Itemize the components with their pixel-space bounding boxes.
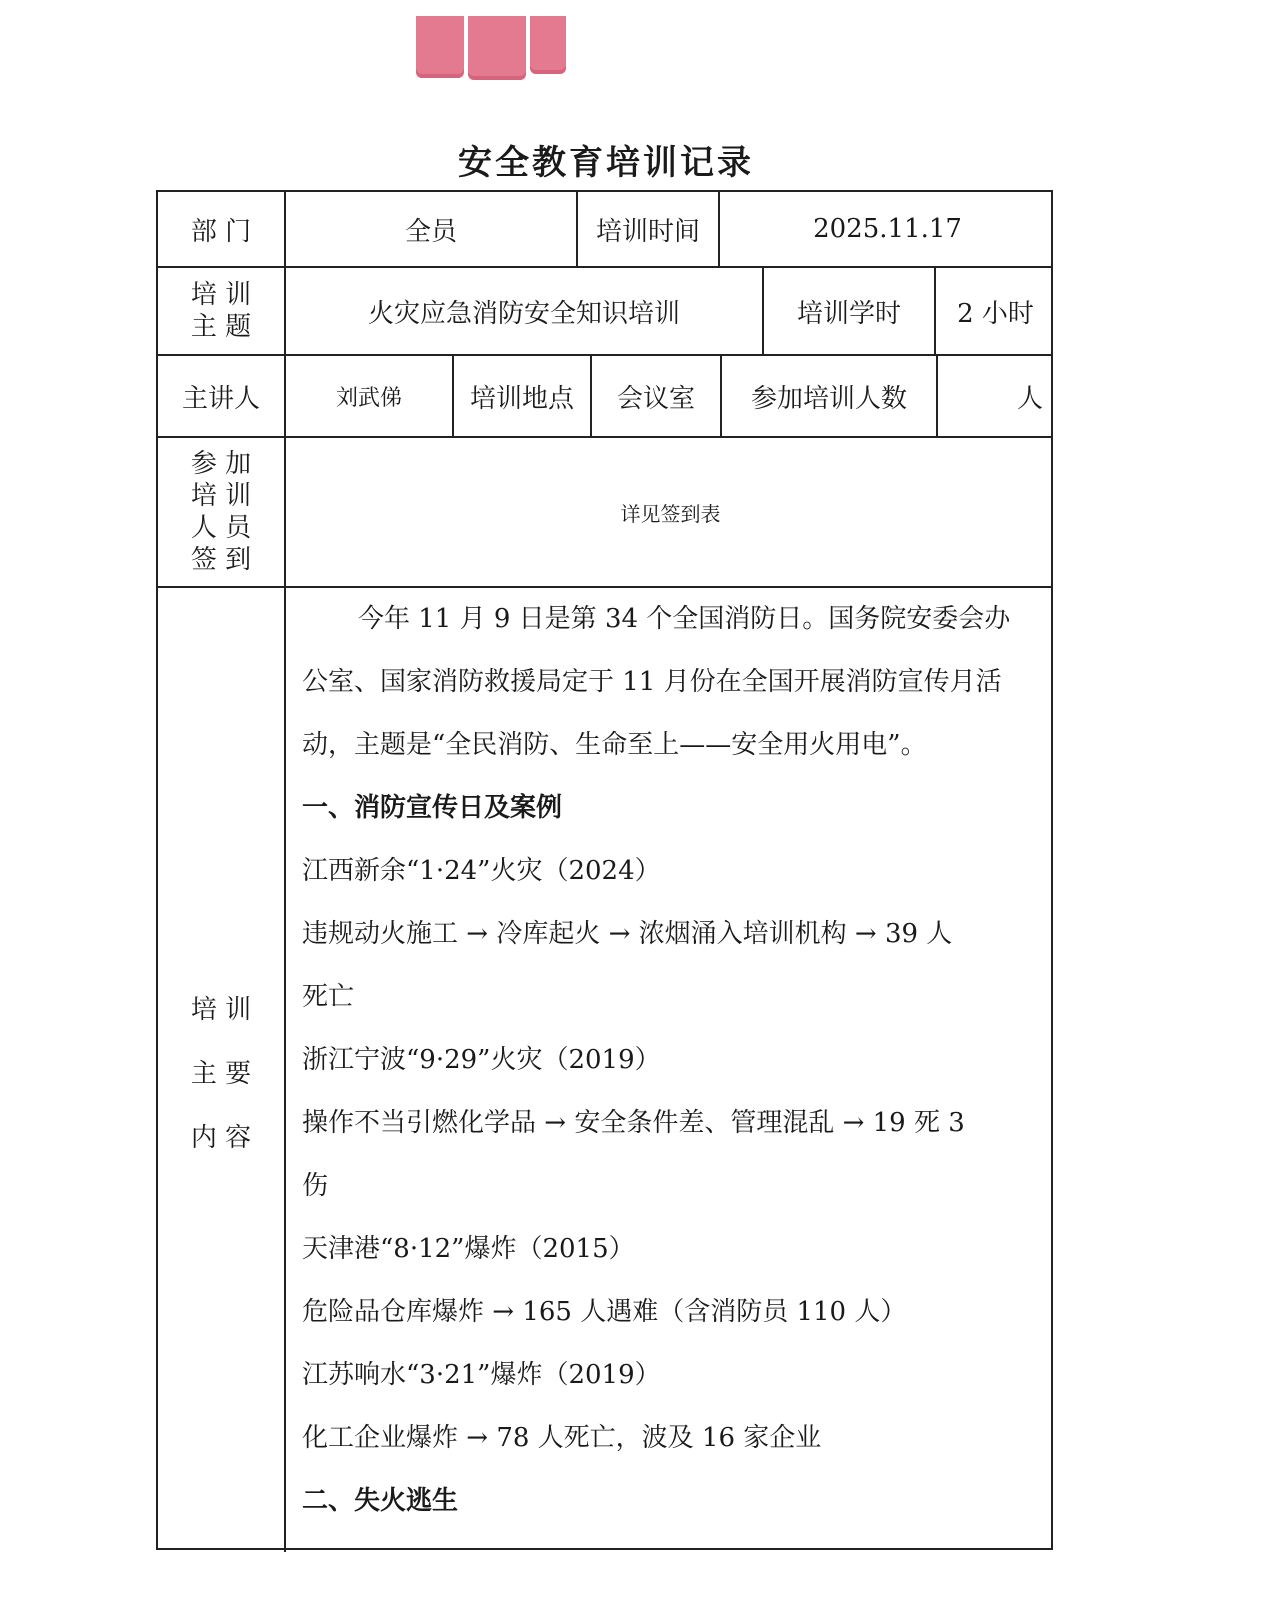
topic-label: 培 训 主 题: [158, 268, 286, 354]
content-label-line: 主 要: [158, 1042, 284, 1106]
location-value: 会议室: [592, 356, 722, 436]
training-record-table: 部 门 全员 培训时间 2025.11.17 培 训 主 题 火灾应急消防安全知…: [156, 190, 1053, 1550]
speaker-value: 刘武俤: [286, 356, 454, 436]
training-hours-value: 2 小时: [936, 268, 1055, 354]
row-signin: 参 加 培 训 人 员 签 到 详见签到表: [158, 438, 1051, 588]
case-detail: 化工企业爆炸 → 78 人死亡，波及 16 家企业: [302, 1407, 1042, 1470]
case-detail: 伤: [302, 1155, 1042, 1218]
training-time-label: 培训时间: [578, 192, 720, 266]
signin-value: 详见签到表: [286, 438, 1055, 586]
case-title: 江西新余“1·24”火灾（2024）: [302, 840, 1042, 903]
department-value: 全员: [286, 192, 578, 266]
topic-label-line: 培 训: [191, 279, 251, 311]
content-body: 今年 11 月 9 日是第 34 个全国消防日。国务院安委会办 公室、国家消防救…: [294, 588, 1050, 1533]
attendees-count-label: 参加培训人数: [722, 356, 938, 436]
case-title: 浙江宁波“9·29”火灾（2019）: [302, 1029, 1042, 1092]
pink-ribbon-decoration: [416, 16, 566, 80]
content-label-line: 培 训: [158, 978, 284, 1042]
attendees-count-value: 人: [938, 356, 1055, 436]
section-heading: 一、消防宣传日及案例: [302, 777, 1042, 840]
training-time-value: 2025.11.17: [720, 192, 1055, 266]
speaker-label: 主讲人: [158, 356, 286, 436]
case-detail: 操作不当引燃化学品 → 安全条件差、管理混乱 → 19 死 3: [302, 1092, 1042, 1155]
row-speaker: 主讲人 刘武俤 培训地点 会议室 参加培训人数 人: [158, 356, 1051, 438]
content-paragraph: 公室、国家消防救援局定于 11 月份在全国开展消防宣传月活: [302, 651, 1042, 714]
case-detail: 违规动火施工 → 冷库起火 → 浓烟涌入培训机构 → 39 人: [302, 903, 1042, 966]
case-title: 天津港“8·12”爆炸（2015）: [302, 1218, 1042, 1281]
signin-label-line: 参 加: [191, 448, 251, 480]
case-title: 江苏响水“3·21”爆炸（2019）: [302, 1344, 1042, 1407]
signin-label-line: 签 到: [191, 544, 251, 576]
content-label-line: 内 容: [158, 1106, 284, 1170]
signin-label: 参 加 培 训 人 员 签 到: [158, 438, 286, 586]
signin-label-line: 培 训: [191, 480, 251, 512]
document-title: 安全教育培训记录: [0, 135, 1212, 184]
content-label: 培 训 主 要 内 容: [158, 588, 286, 1552]
case-detail: 危险品仓库爆炸 → 165 人遇难（含消防员 110 人）: [302, 1281, 1042, 1344]
content-paragraph: 动，主题是“全民消防、生命至上——安全用火用电”。: [302, 714, 1042, 777]
row-topic: 培 训 主 题 火灾应急消防安全知识培训 培训学时 2 小时: [158, 268, 1051, 356]
section-heading: 二、失火逃生: [302, 1470, 1042, 1533]
row-department: 部 门 全员 培训时间 2025.11.17: [158, 192, 1051, 268]
case-detail: 死亡: [302, 966, 1042, 1029]
topic-value: 火灾应急消防安全知识培训: [286, 268, 764, 354]
training-hours-label: 培训学时: [764, 268, 936, 354]
topic-label-line: 主 题: [191, 311, 251, 343]
location-label: 培训地点: [454, 356, 592, 436]
content-paragraph: 今年 11 月 9 日是第 34 个全国消防日。国务院安委会办: [302, 588, 1042, 651]
signin-label-line: 人 员: [191, 512, 251, 544]
department-label: 部 门: [158, 192, 286, 266]
